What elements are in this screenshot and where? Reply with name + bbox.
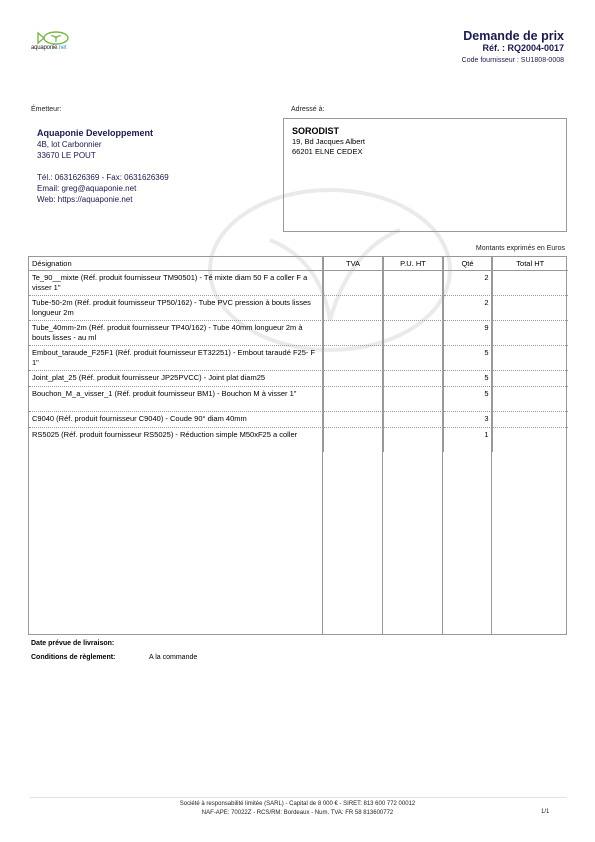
cell-designation: Joint_plat_25 (Réf. produit fournisseur … (29, 371, 323, 387)
supplier-code: Code fournisseur : SU1808-0008 (462, 57, 564, 64)
header-qty: Qté (443, 257, 492, 271)
cell-tva (323, 321, 383, 346)
cell-designation: RS5025 (Réf. produit fournisseur RS5025)… (29, 428, 323, 453)
cell-tva (323, 412, 383, 428)
footer-line2: NAF-APE: 70022Z - RCS/RM: Bordeaux - Num… (0, 809, 595, 818)
table-row: Bouchon_M_a_visser_1 (Réf. produit fourn… (29, 387, 568, 412)
cell-qty: 5 (443, 387, 492, 412)
cell-qty: 5 (443, 371, 492, 387)
cell-designation: C9040 (Réf. produit fournisseur C9040) -… (29, 412, 323, 428)
table-row: Embout_taraude_F25F1 (Réf. produit fourn… (29, 346, 568, 371)
payment-terms-value: A la commande (149, 654, 197, 661)
cell-designation: Te_90__mixte (Réf. produit fournisseur T… (29, 271, 323, 296)
items-table: Désignation TVA P.U. HT Qté Total HT Te_… (28, 256, 567, 635)
cell-total-ht (492, 321, 568, 346)
sender-email: Email: greg@aquaponie.net (37, 183, 169, 194)
cell-pu-ht (383, 371, 443, 387)
cell-designation: Tube-50-2m (Réf. produit fournisseur TP5… (29, 296, 323, 321)
cell-tva (323, 371, 383, 387)
sender-web: Web: https://aquaponie.net (37, 194, 169, 205)
cell-tva (323, 428, 383, 453)
cell-tva (323, 296, 383, 321)
page-number: 1/1 (541, 809, 549, 815)
footer-line1: Société à responsabilité limitée (SARL) … (0, 800, 595, 809)
items-table-grid: Désignation TVA P.U. HT Qté Total HT Te_… (29, 257, 568, 452)
recipient-label: Adressé à: (291, 106, 324, 113)
cell-total-ht (492, 371, 568, 387)
delivery-date-label: Date prévue de livraison: (31, 640, 114, 647)
cell-pu-ht (383, 271, 443, 296)
cell-total-ht (492, 296, 568, 321)
cell-total-ht (492, 346, 568, 371)
table-row: Joint_plat_25 (Réf. produit fournisseur … (29, 371, 568, 387)
sender-address-line2: 33670 LE POUT (37, 150, 169, 161)
cell-tva (323, 271, 383, 296)
cell-qty: 1 (443, 428, 492, 453)
logo-text: aquaponie.net (31, 45, 66, 51)
cell-qty: 2 (443, 271, 492, 296)
footer-divider (30, 797, 567, 798)
cell-designation: Tube_40mm-2m (Réf. produit fournisseur T… (29, 321, 323, 346)
cell-designation: Embout_taraude_F25F1 (Réf. produit fourn… (29, 346, 323, 371)
table-row: Tube-50-2m (Réf. produit fournisseur TP5… (29, 296, 568, 321)
cell-qty: 2 (443, 296, 492, 321)
cell-pu-ht (383, 346, 443, 371)
header-total-ht: Total HT (492, 257, 568, 271)
table-row: Te_90__mixte (Réf. produit fournisseur T… (29, 271, 568, 296)
cell-total-ht (492, 428, 568, 453)
cell-total-ht (492, 412, 568, 428)
table-row: Tube_40mm-2m (Réf. produit fournisseur T… (29, 321, 568, 346)
currency-note: Montants exprimés en Euros (476, 245, 565, 252)
fish-logo-icon (30, 30, 80, 46)
table-row: C9040 (Réf. produit fournisseur C9040) -… (29, 412, 568, 428)
cell-qty: 3 (443, 412, 492, 428)
footer-legal: Société à responsabilité limitée (SARL) … (0, 800, 595, 817)
sender-name: Aquaponie Developpement (37, 128, 169, 139)
cell-qty: 5 (443, 346, 492, 371)
sender-label: Émetteur: (31, 106, 61, 113)
cell-total-ht (492, 271, 568, 296)
recipient-address-line2: 66201 ELNE CEDEX (292, 147, 558, 157)
cell-total-ht (492, 387, 568, 412)
cell-pu-ht (383, 296, 443, 321)
cell-pu-ht (383, 321, 443, 346)
header-tva: TVA (323, 257, 383, 271)
table-row: RS5025 (Réf. produit fournisseur RS5025)… (29, 428, 568, 453)
cell-tva (323, 346, 383, 371)
sender-phone-fax: Tél.: 0631626369 - Fax: 0631626369 (37, 172, 169, 183)
sender-address-line1: 4B, lot Carbonnier (37, 139, 169, 150)
recipient-address-line1: 19, Bd Jacques Albert (292, 137, 558, 147)
company-logo (30, 30, 80, 56)
sender-block: Aquaponie Developpement 4B, lot Carbonni… (37, 128, 169, 205)
cell-tva (323, 387, 383, 412)
cell-pu-ht (383, 428, 443, 453)
table-header-row: Désignation TVA P.U. HT Qté Total HT (29, 257, 568, 271)
header-designation: Désignation (29, 257, 323, 271)
header-pu-ht: P.U. HT (383, 257, 443, 271)
payment-terms-label: Conditions de règlement: (31, 654, 115, 661)
recipient-name: SORODIST (292, 126, 558, 137)
document-title: Demande de prix (463, 29, 564, 43)
cell-pu-ht (383, 412, 443, 428)
cell-qty: 9 (443, 321, 492, 346)
document-reference: Réf. : RQ2004-0017 (482, 43, 564, 53)
cell-pu-ht (383, 387, 443, 412)
recipient-box: SORODIST 19, Bd Jacques Albert 66201 ELN… (283, 118, 567, 232)
cell-designation: Bouchon_M_a_visser_1 (Réf. produit fourn… (29, 387, 323, 412)
